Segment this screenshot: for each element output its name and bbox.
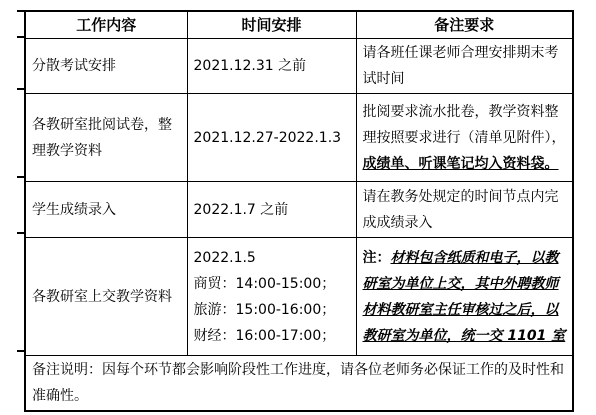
cell-remark-3: 请在教务处规定的时间节点内完成成绩录入	[356, 182, 573, 238]
remark-emphasized-italic-text: 材料包含纸质和电子，以教研室为单位上交，其中外聘教师材料教研室主任审核过之后，以…	[363, 250, 566, 344]
cell-time-4: 2022.1.5 商贸：14:00-15:00； 旅游：15:00-16:00；…	[187, 238, 356, 356]
cell-task-3: 学生成绩录入	[25, 182, 187, 238]
time-line-date: 2022.1.5	[194, 245, 350, 271]
cell-task-2: 各教研室批阅试卷，整理教学资料	[25, 94, 187, 182]
time-line-tourism: 旅游：15:00-16:00；	[194, 297, 350, 323]
table-footer-row: 备注说明：因每个环节都会影响阶段性工作进度，请各位老师务必保证工作的及时性和准确…	[25, 356, 573, 412]
cell-time-1: 2021.12.31 之前	[187, 39, 356, 94]
table-row: 学生成绩录入 2022.1.7 之前 请在教务处规定的时间节点内完成成绩录入	[25, 182, 573, 238]
cell-remark-2: 批阅要求流水批卷，教学资料整理按照要求进行（清单见附件），成绩单、听课笔记均入资…	[356, 94, 573, 182]
remark-plain-text: 批阅要求流水批卷，教学资料整理按照要求进行（清单见附件），	[363, 104, 566, 146]
footer-note: 备注说明：因每个环节都会影响阶段性工作进度，请各位老师务必保证工作的及时性和准确…	[25, 356, 573, 412]
cell-time-3: 2022.1.7 之前	[187, 182, 356, 238]
work-schedule-table: 工作内容 时间安排 备注要求 分散考试安排 2021.12.31 之前 请各班任…	[24, 10, 574, 412]
cell-time-2: 2021.12.27-2022.1.3	[187, 94, 356, 182]
cell-remark-1: 请各班任课老师合理安排期末考试时间	[356, 39, 573, 94]
header-remark-requirement: 备注要求	[356, 11, 573, 39]
table-row: 分散考试安排 2021.12.31 之前 请各班任课老师合理安排期末考试时间	[25, 39, 573, 94]
table-row: 各教研室批阅试卷，整理教学资料 2021.12.27-2022.1.3 批阅要求…	[25, 94, 573, 182]
table-header-row: 工作内容 时间安排 备注要求	[25, 11, 573, 39]
time-line-business: 商贸：14:00-15:00；	[194, 271, 350, 297]
cell-remark-4: 注：材料包含纸质和电子，以教研室为单位上交，其中外聘教师材料教研室主任审核过之后…	[356, 238, 573, 356]
table-row: 各教研室上交教学资料 2022.1.5 商贸：14:00-15:00； 旅游：1…	[25, 238, 573, 356]
time-line-finance: 财经：16:00-17:00；	[194, 323, 350, 349]
header-work-content: 工作内容	[25, 11, 187, 39]
header-time-arrangement: 时间安排	[187, 11, 356, 39]
document-page: 工作内容 时间安排 备注要求 分散考试安排 2021.12.31 之前 请各班任…	[0, 0, 596, 415]
cell-task-4: 各教研室上交教学资料	[25, 238, 187, 356]
cell-task-1: 分散考试安排	[25, 39, 187, 94]
remark-emphasized-text: 成绩单、听课笔记均入资料袋。	[363, 156, 559, 172]
remark-note-label: 注：	[363, 250, 391, 266]
